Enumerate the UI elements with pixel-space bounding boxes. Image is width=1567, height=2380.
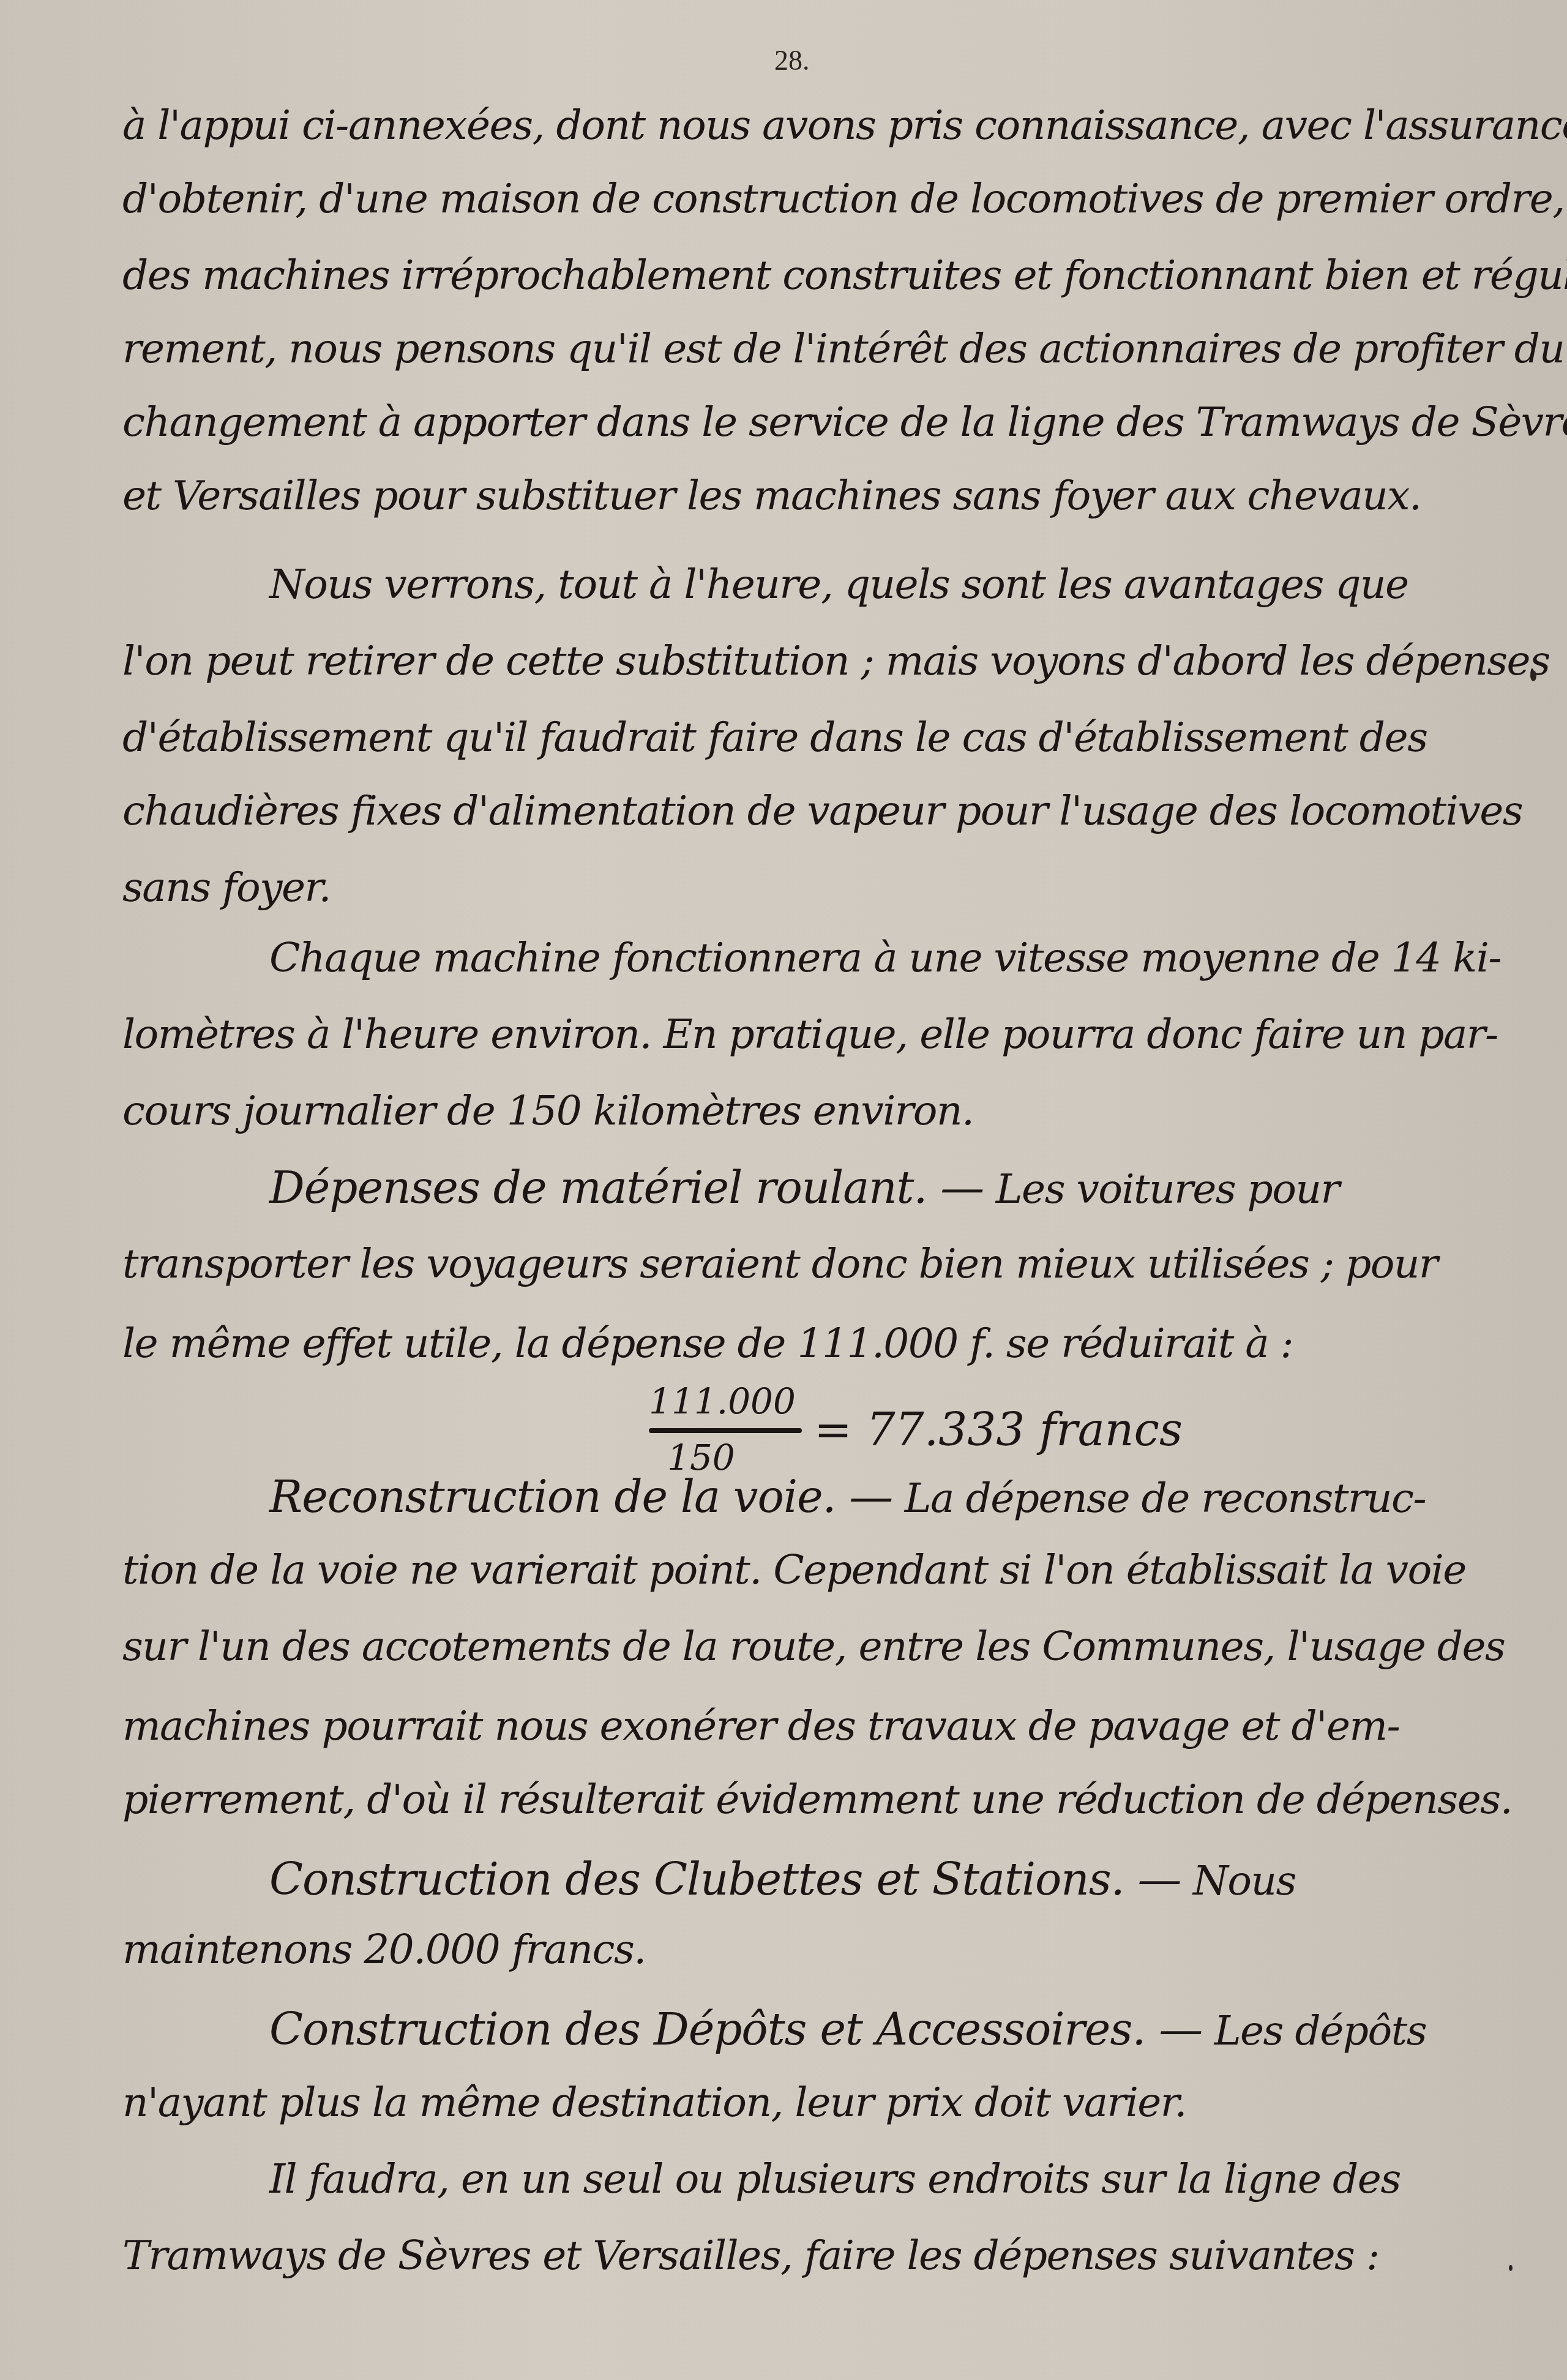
text-line: rement, nous pensons qu'il est de l'inté… [122,324,1487,373]
manuscript-page: 28. à l'appui ci-annexées, dont nous avo… [0,0,1567,2380]
text-line: sur l'un des accotements de la route, en… [122,1622,1487,1671]
section-heading: Dépenses de matériel roulant. — [269,1162,984,1213]
formula-numerator: 111.000 [649,1380,796,1422]
section-heading: Construction des Dépôts et Accessoires. … [269,2004,1202,2055]
text-line: changement à apporter dans le service de… [122,398,1487,447]
text-line: chaudières fixes d'alimentation de vapeu… [122,787,1487,836]
text-line: maintenons 20.000 francs. [122,1925,1487,1974]
text-line: transporter les voyageurs seraient donc … [122,1240,1487,1289]
page-number: 28. [774,44,810,77]
text-line: d'obtenir, d'une maison de construction … [122,174,1487,223]
paragraph-start: Chaque machine fonctionnera à une vitess… [269,934,1487,982]
section-heading: Construction des Clubettes et Stations. … [269,1854,1181,1905]
text-line: sans foyer. [122,863,1487,912]
text-fragment: Les dépôts [1214,2007,1426,2054]
section-voie: Reconstruction de la voie. — La dépense … [269,1472,1487,1523]
text-fragment: Les voitures pour [996,1166,1339,1213]
text-line: tion de la voie ne varierait point. Cepe… [122,1546,1487,1595]
ink-speck [1530,670,1536,681]
text-line: et Versailles pour substituer les machin… [122,471,1487,520]
text-line: d'établissement qu'il faudrait faire dan… [122,713,1487,762]
formula-result: = 77.333 francs [814,1404,1183,1456]
text-line: cours journalier de 150 kilomètres envir… [122,1087,1487,1136]
text-line: à l'appui ci-annexées, dont nous avons p… [122,101,1487,150]
text-line: pierrement, d'où il résulterait évidemme… [122,1775,1487,1824]
text-line: des machines irréprochablement construit… [122,251,1487,300]
section-clubettes: Construction des Clubettes et Stations. … [269,1855,1487,1906]
fraction-bar [649,1428,802,1433]
section-heading: Reconstruction de la voie. — [269,1471,892,1522]
text-line: Tramways de Sèvres et Versailles, faire … [122,2231,1487,2280]
text-line: le même effet utile, la dépense de 111.0… [122,1319,1487,1368]
text-line: lomètres à l'heure environ. En pratique,… [122,1010,1487,1059]
paragraph-start: Nous verrons, tout à l'heure, quels sont… [269,560,1487,609]
text-fragment: La dépense de reconstruc- [905,1475,1426,1522]
section-depots: Construction des Dépôts et Accessoires. … [269,2005,1487,2056]
text-line: n'ayant plus la même destination, leur p… [122,2078,1487,2127]
ink-speck [1509,2265,1513,2271]
paragraph-start: Il faudra, en un seul ou plusieurs endro… [269,2155,1487,2204]
text-line: machines pourrait nous exonérer des trav… [122,1702,1487,1751]
section-materiel: Dépenses de matériel roulant. — Les voit… [269,1163,1487,1214]
text-line: l'on peut retirer de cette substitution … [122,637,1487,686]
text-fragment: Nous [1193,1857,1296,1904]
